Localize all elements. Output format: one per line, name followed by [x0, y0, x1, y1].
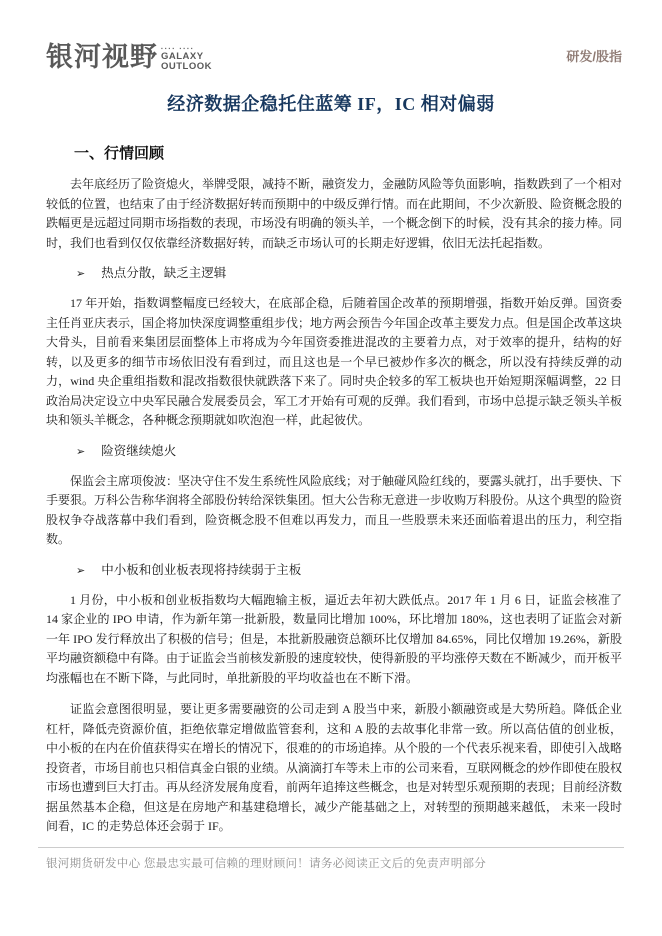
- report-body: 一、行情回顾 去年底经历了险资熄火，举牌受限，减持不断，融资发力，金融防风险等负…: [0, 142, 662, 837]
- page-header: 银河视野 ▪▪▪▪ ▪▪▪▪ GALAXY OUTLOOK 研发/股指: [0, 0, 662, 72]
- logo-en-text: ▪▪▪▪ ▪▪▪▪ GALAXY OUTLOOK: [161, 47, 212, 72]
- bullet-label: 险资继续熄火: [101, 443, 176, 459]
- paragraph: 1 月份，中小板和创业板指数均大幅跑输主板，逼近去年初大跌低点。2017 年 1…: [46, 591, 622, 689]
- paragraph: 17 年开始，指数调整幅度已经较大，在底部企稳，后随着国企改革的预期增强，指数开…: [46, 294, 622, 431]
- bullet-item: ➢ 中小板和创业板表现将持续弱于主板: [76, 562, 622, 579]
- footer-text: 银河期货研发中心 您最忠实最可信赖的理财顾问！请务必阅读正文后的免责声明部分: [46, 855, 622, 871]
- logo-cn-text: 银河视野: [46, 44, 158, 71]
- report-title: 经济数据企稳托住蓝筹 IF，IC 相对偏弱: [0, 90, 662, 116]
- section-heading: 一、行情回顾: [74, 142, 622, 163]
- logo-outlook-text: OUTLOOK: [161, 62, 212, 72]
- arrow-bullet-icon: ➢: [76, 266, 85, 282]
- arrow-bullet-icon: ➢: [76, 563, 85, 579]
- arrow-bullet-icon: ➢: [76, 444, 85, 460]
- paragraph: 去年底经历了险资熄火，举牌受限，减持不断，融资发力，金融防风险等负面影响，指数跌…: [46, 175, 622, 253]
- bullet-item: ➢ 热点分散，缺乏主逻辑: [76, 265, 622, 282]
- bullet-label: 热点分散，缺乏主逻辑: [101, 265, 226, 281]
- paragraph: 证监会意图很明显，要让更多需要融资的公司走到 A 股当中来，新股小额融资或是大势…: [46, 700, 622, 837]
- brand-logo: 银河视野 ▪▪▪▪ ▪▪▪▪ GALAXY OUTLOOK: [46, 44, 212, 72]
- footer-divider: [38, 847, 624, 848]
- paragraph: 保监会主席项俊波：坚决守住不发生系统性风险底线；对于触碰风险红线的，要露头就打，…: [46, 472, 622, 550]
- bullet-label: 中小板和创业板表现将持续弱于主板: [101, 562, 301, 578]
- bullet-item: ➢ 险资继续熄火: [76, 443, 622, 460]
- report-page: 银河视野 ▪▪▪▪ ▪▪▪▪ GALAXY OUTLOOK 研发/股指 经济数据…: [0, 0, 662, 936]
- dept-label: 研发/股指: [566, 46, 622, 65]
